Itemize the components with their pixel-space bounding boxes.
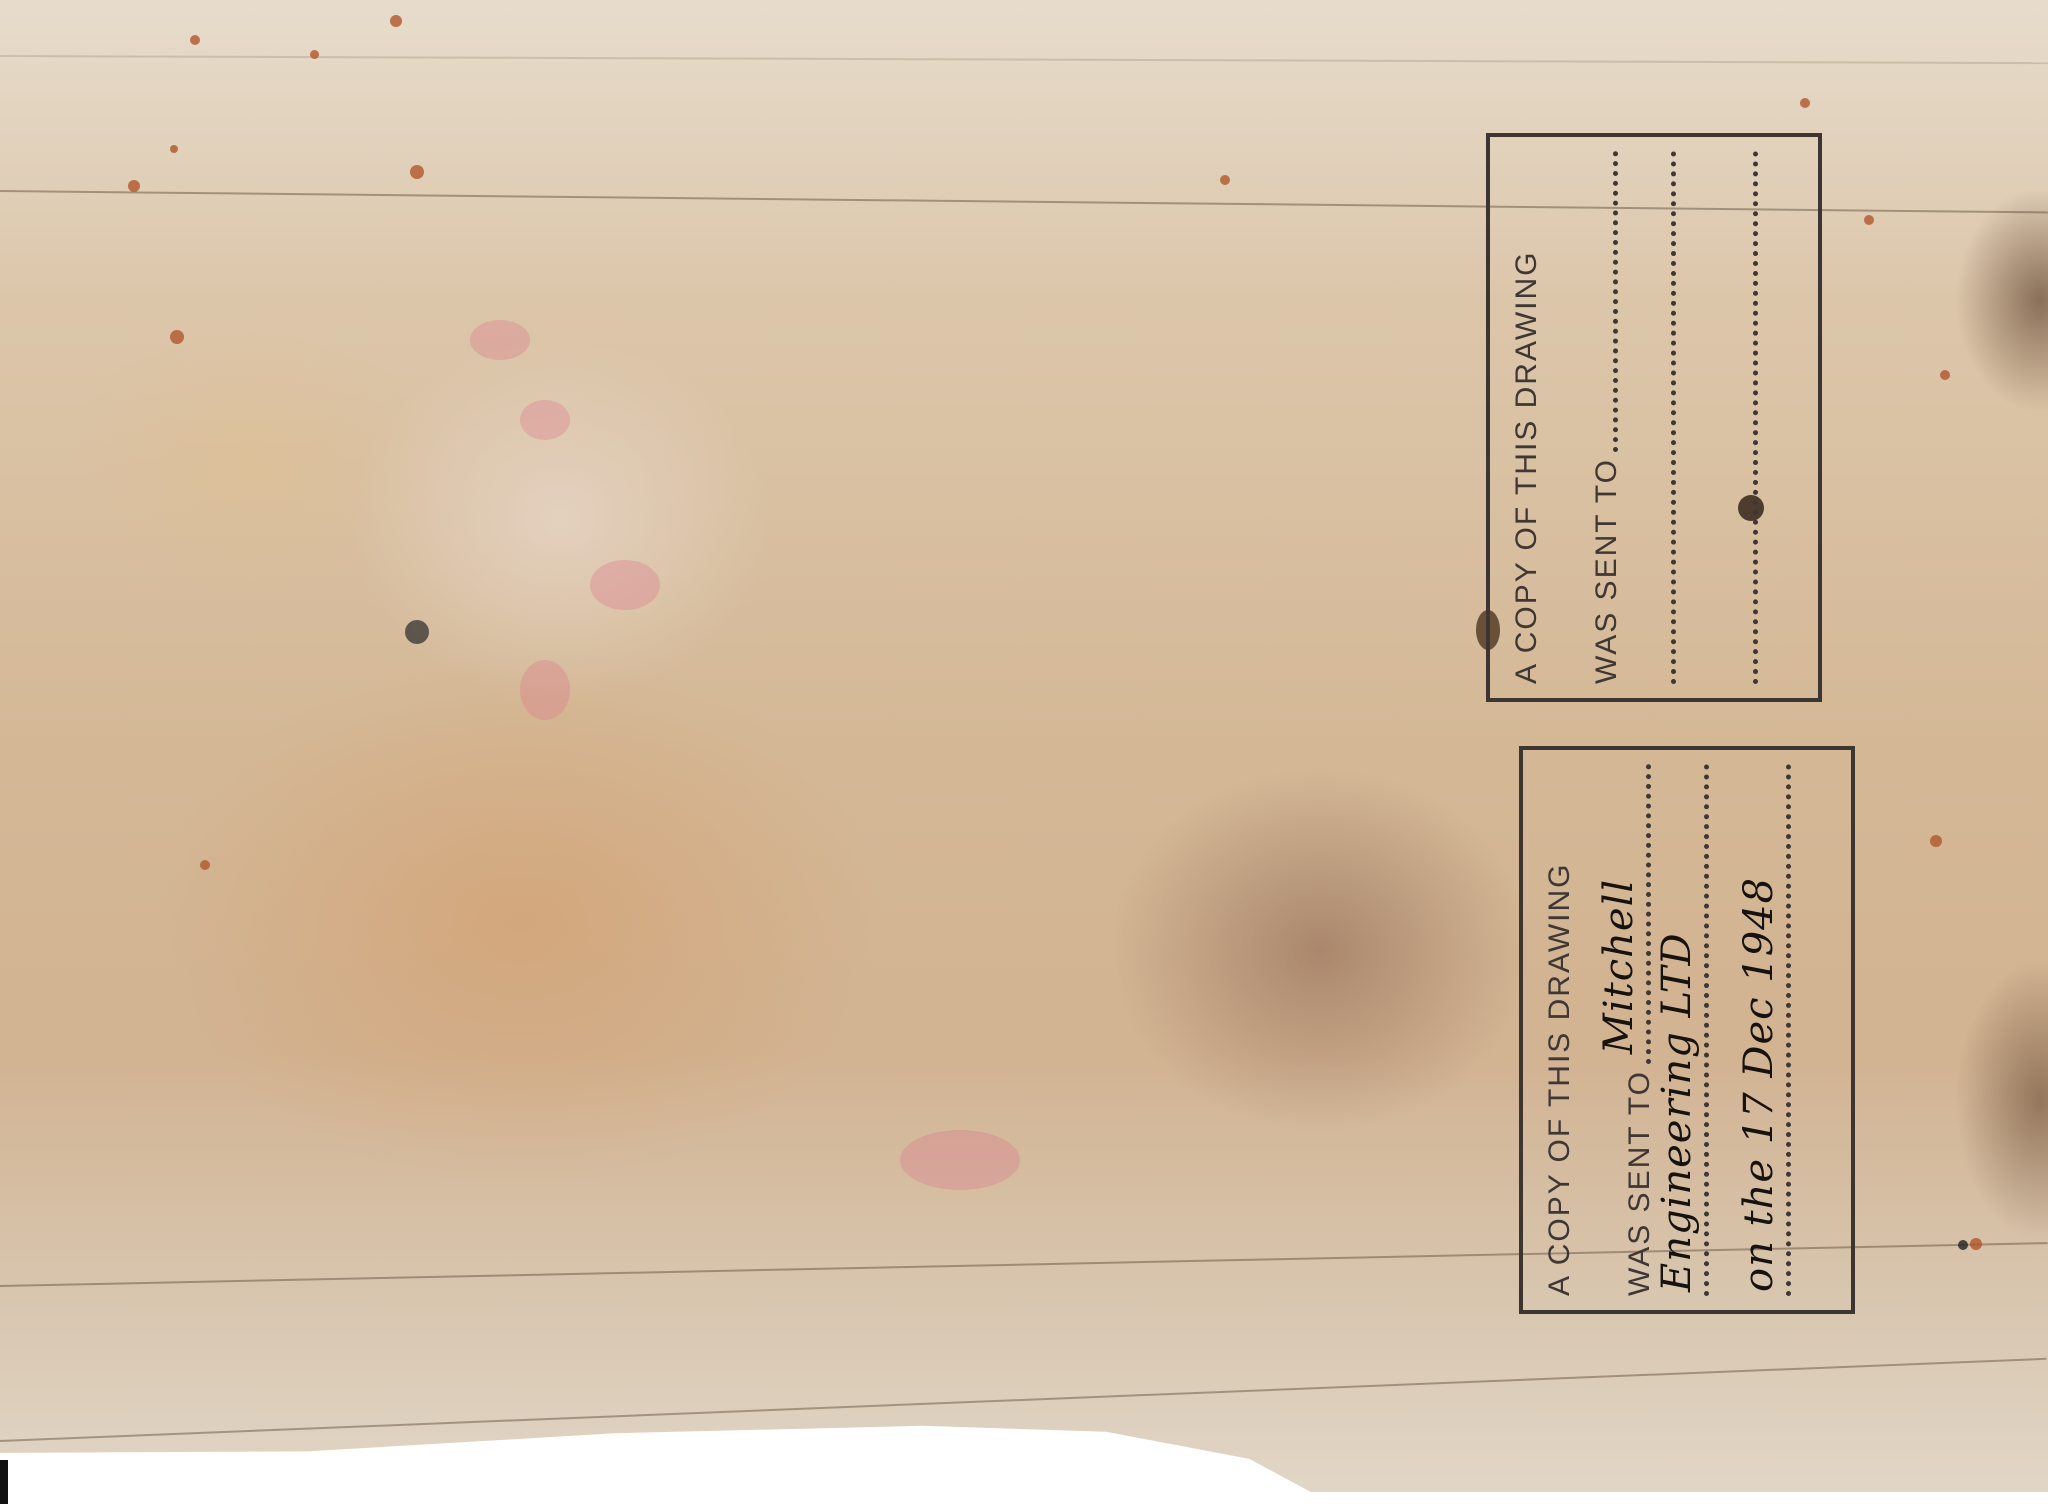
dotted-fill-line: Engineering LTD [1703, 764, 1709, 1296]
date-handwriting: on the 17 Dec 1948 [1736, 877, 1782, 1292]
foxing-spot [170, 330, 184, 344]
dotted-fill-line: on the 17 Dec 1948 [1785, 764, 1791, 1296]
copy-stamp-filled: A COPY OF THIS DRAWING WAS SENT TO Mitch… [1519, 746, 1855, 1314]
stamp-heading-line: A COPY OF THIS DRAWING [1510, 151, 1544, 684]
dotted-fill-line [1752, 151, 1758, 684]
date-line [1752, 151, 1764, 684]
foxing-spot [1958, 1240, 1968, 1250]
dotted-fill-line [1612, 151, 1618, 452]
fold-crease [0, 55, 2048, 64]
sent-to-line: WAS SENT TO Mitchell [1623, 764, 1657, 1296]
stamp-heading-line: A COPY OF THIS DRAWING [1543, 764, 1577, 1296]
foxing-spot [1864, 215, 1874, 225]
stamp-heading: A COPY OF THIS DRAWING [1510, 250, 1544, 684]
foxing-spot [200, 860, 210, 870]
sent-to-label: WAS SENT TO [1623, 1070, 1657, 1296]
stain [470, 320, 530, 360]
dotted-fill-line [1670, 151, 1676, 684]
foxing-spot [310, 50, 319, 59]
foxing-spot [390, 15, 402, 27]
foxing-spot [128, 180, 140, 192]
foxing-spot [1930, 835, 1942, 847]
dotted-fill-line: Mitchell [1645, 764, 1651, 1064]
foxing-spot [1970, 1238, 1982, 1250]
stain [590, 560, 660, 610]
foxing-spot [190, 35, 200, 45]
stain [900, 1130, 1020, 1190]
recipient-line: Engineering LTD [1703, 764, 1715, 1296]
sent-to-label: WAS SENT TO [1590, 458, 1624, 684]
scanner-edge [0, 1460, 8, 1504]
stain [520, 660, 570, 720]
copy-stamp-blank: A COPY OF THIS DRAWING WAS SENT TO [1486, 133, 1822, 702]
sent-to-line: WAS SENT TO [1590, 151, 1624, 684]
stain [520, 400, 570, 440]
foxing-spot [1220, 175, 1230, 185]
foxing-spot [410, 165, 424, 179]
recipient-handwriting: Mitchell [1596, 879, 1642, 1054]
stamp-heading: A COPY OF THIS DRAWING [1543, 862, 1577, 1296]
recipient-handwriting: Engineering LTD [1654, 932, 1700, 1292]
ink-blot [405, 620, 429, 644]
foxing-spot [1940, 370, 1950, 380]
date-line: on the 17 Dec 1948 [1785, 764, 1797, 1296]
fold-crease [0, 1358, 2046, 1442]
foxing-spot [1800, 98, 1810, 108]
recipient-line [1670, 151, 1682, 684]
foxing-spot [170, 145, 178, 153]
